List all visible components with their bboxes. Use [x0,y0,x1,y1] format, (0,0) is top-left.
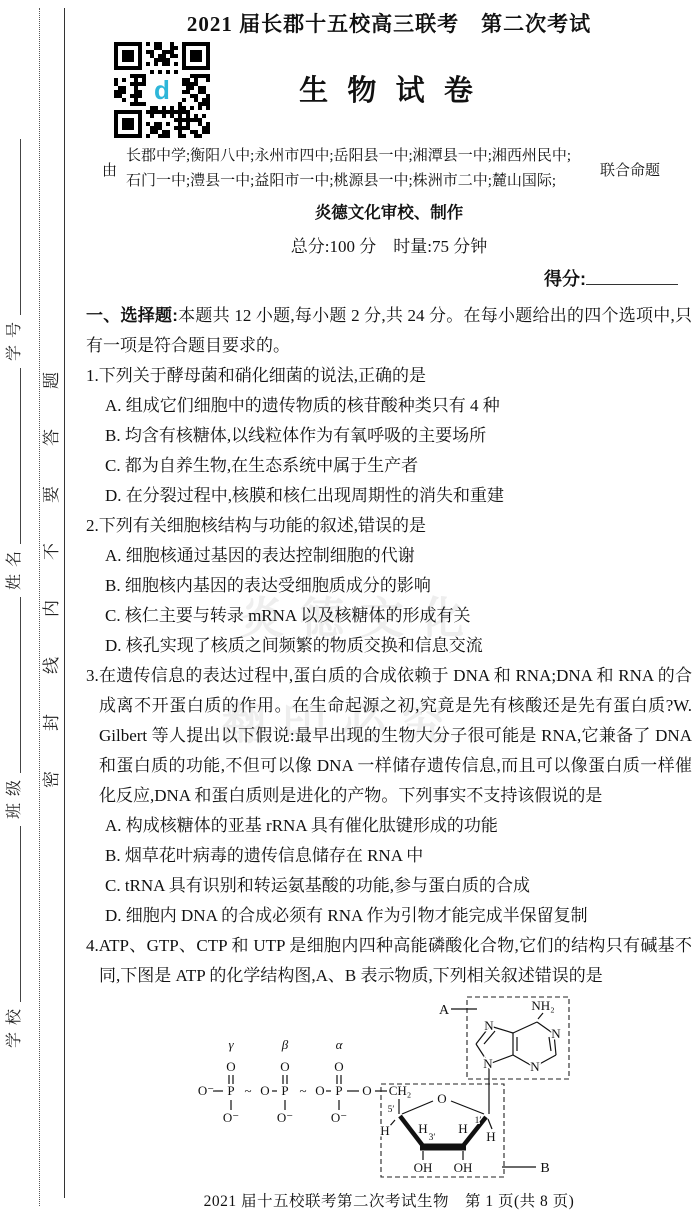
svg-text:P: P [227,1083,234,1098]
question-2-option-d: D. 核孔实现了核质之间频繁的物质交换和信息交流 [86,631,692,661]
question-area: 一、选择题:本题共 12 小题,每小题 2 分,共 24 分。在每小题给出的四个… [86,301,692,991]
atp-structure-diagram: γ β α O O O O⁻ P ~ O P ~ O P O [186,991,656,1183]
svg-text:O⁻: O⁻ [277,1110,293,1125]
field-school-label: 学校 [6,1002,23,1048]
svg-text:N: N [551,1026,561,1041]
svg-text:O: O [315,1083,324,1098]
svg-text:OH: OH [454,1160,473,1175]
svg-text:CH₂: CH₂ [389,1083,412,1098]
school-list-line2: 石门一中;澧县一中;益阳市一中;桃源县一中;株洲市二中;麓山国际; [126,169,590,194]
svg-text:O: O [334,1059,343,1074]
svg-text:H: H [458,1121,467,1136]
exam-paper-page: { "page": { "exam_title": "2021 届长郡十五校高三… [0,0,700,1216]
field-name-blank[interactable] [18,368,21,544]
label-b: B [502,1161,550,1176]
svg-text:O: O [226,1059,235,1074]
svg-text:~: ~ [244,1083,251,1098]
question-1: 1.下列关于酵母菌和硝化细菌的说法,正确的是 [86,361,692,391]
student-info-fields: 学校 班级 姓名 学号 [4,98,26,1048]
svg-text:A: A [439,1003,450,1018]
school-list: 长郡中学;衡阳八中;永州市四中;岳阳县一中;湘潭县一中;湘西州民中; 石门一中;… [126,144,590,194]
score-time-info: 总分:100 分 时量:75 分钟 [86,232,692,257]
svg-text:P: P [281,1083,288,1098]
svg-text:3′: 3′ [429,1133,436,1143]
question-1-option-a: A. 组成它们细胞中的遗传物质的核苷酸种类只有 4 种 [86,391,692,421]
score-blank[interactable] [586,266,678,285]
svg-text:5′: 5′ [388,1105,395,1115]
seal-solid-line [64,8,65,1198]
question-3: 3.在遗传信息的表达过程中,蛋白质的合成依赖于 DNA 和 RNA;DNA 和 … [86,661,692,811]
question-1-option-d: D. 在分裂过程中,核膜和核仁出现周期性的消失和重建 [86,481,692,511]
seal-dotted-line [39,8,40,1206]
field-class-blank[interactable] [18,597,21,773]
svg-text:OH: OH [414,1160,433,1175]
svg-text:O: O [280,1059,289,1074]
svg-text:P: P [335,1083,342,1098]
school-list-line1: 长郡中学;衡阳八中;永州市四中;岳阳县一中;湘潭县一中;湘西州民中; [126,144,590,169]
svg-text:O: O [260,1083,269,1098]
score-label: 得分: [544,269,586,289]
svg-text:~: ~ [299,1083,306,1098]
section-title: 一、选择题: [86,306,178,325]
seal-line-text: 密封线内不要答题 [42,318,62,788]
svg-text:O: O [362,1083,371,1098]
question-2-number: 2. [86,516,99,535]
question-1-stem: 下列关于酵母菌和硝化细菌的说法,正确的是 [99,366,426,385]
question-1-number: 1. [86,366,99,385]
svg-text:1′: 1′ [475,1116,482,1126]
question-3-stem: 在遗传信息的表达过程中,蛋白质的合成依赖于 DNA 和 RNA;DNA 和 RN… [99,666,692,805]
question-1-option-b: B. 均含有核糖体,以线粒体作为有氧呼吸的主要场所 [86,421,692,451]
field-studentno-blank[interactable] [18,139,21,315]
question-4: 4.ATP、GTP、CTP 和 UTP 是细胞内四种高能磷酸化合物,它们的结构只… [86,931,692,991]
qr-logo-d: d [154,75,170,105]
triphosphate-group: γ β α O O O O⁻ P ~ O P ~ O P O [198,1037,387,1125]
question-2-option-b: B. 细胞核内基因的表达受细胞质成分的影响 [86,571,692,601]
question-4-stem: ATP、GTP、CTP 和 UTP 是细胞内四种高能磷酸化合物,它们的结构只有碱… [99,936,692,985]
svg-text:H: H [380,1123,389,1138]
svg-text:N: N [530,1059,540,1074]
qr-code: d [114,42,210,138]
svg-text:H: H [486,1129,495,1144]
header: d 生 物 试 卷 [86,38,692,140]
page-footer: 2021 届十五校联考第二次考试生物 第 1 页(共 8 页) [86,1189,692,1211]
ribose-group: CH₂ 5′ O H H 3′ OH H OH 1′ H [380,1083,504,1177]
field-studentno-label: 学号 [6,315,23,361]
producer-line: 炎德文化审校、制作 [86,199,692,223]
svg-text:N: N [483,1056,493,1071]
question-2-option-c: C. 核仁主要与转录 mRNA 以及核糖体的形成有关 [86,601,692,631]
label-a: A [439,1003,477,1018]
field-school-blank[interactable] [18,826,21,1002]
svg-text:O: O [437,1091,446,1106]
question-3-number: 3. [86,666,99,685]
svg-text:O⁻: O⁻ [198,1083,214,1098]
field-class-label: 班级 [6,773,23,819]
question-3-option-c: C. tRNA 具有识别和转运氨基酸的功能,参与蛋白质的合成 [86,871,692,901]
question-1-option-c: C. 都为自养生物,在生态系统中属于生产者 [86,451,692,481]
question-4-number: 4. [86,936,99,955]
svg-text:NH₂: NH₂ [531,998,554,1013]
question-2-stem: 下列有关细胞核结构与功能的叙述,错误的是 [99,516,426,535]
svg-text:γ: γ [228,1037,234,1052]
svg-text:B: B [540,1161,549,1176]
question-2-option-a: A. 细胞核通过基因的表达控制细胞的代谢 [86,541,692,571]
svg-text:O⁻: O⁻ [223,1110,239,1125]
joint-label: 联合命题 [600,159,660,180]
field-name-label: 姓名 [6,544,23,590]
section-header: 一、选择题:本题共 12 小题,每小题 2 分,共 24 分。在每小题给出的四个… [86,301,692,361]
by-label: 由 [102,159,117,180]
question-2: 2.下列有关细胞核结构与功能的叙述,错误的是 [86,511,692,541]
score-row: 得分: [86,265,678,293]
svg-text:β: β [281,1037,289,1052]
svg-text:H: H [418,1121,427,1136]
svg-text:O⁻: O⁻ [331,1110,347,1125]
exam-title: 2021 届长郡十五校高三联考 第二次考试 [86,8,692,38]
svg-text:N: N [484,1018,494,1033]
adenine-group: NH₂ N N N N [467,997,569,1114]
svg-text:α: α [336,1037,344,1052]
main-content: 2021 届长郡十五校高三联考 第二次考试 d 生 物 试 卷 由 长郡中学;衡… [86,0,692,1211]
question-3-option-d: D. 细胞内 DNA 的合成必须有 RNA 作为引物才能完成半保留复制 [86,901,692,931]
schools-block: 由 长郡中学;衡阳八中;永州市四中;岳阳县一中;湘潭县一中;湘西州民中; 石门一… [102,144,692,194]
question-3-option-a: A. 构成核糖体的亚基 rRNA 具有催化肽键形成的功能 [86,811,692,841]
question-3-option-b: B. 烟草花叶病毒的遗传信息储存在 RNA 中 [86,841,692,871]
